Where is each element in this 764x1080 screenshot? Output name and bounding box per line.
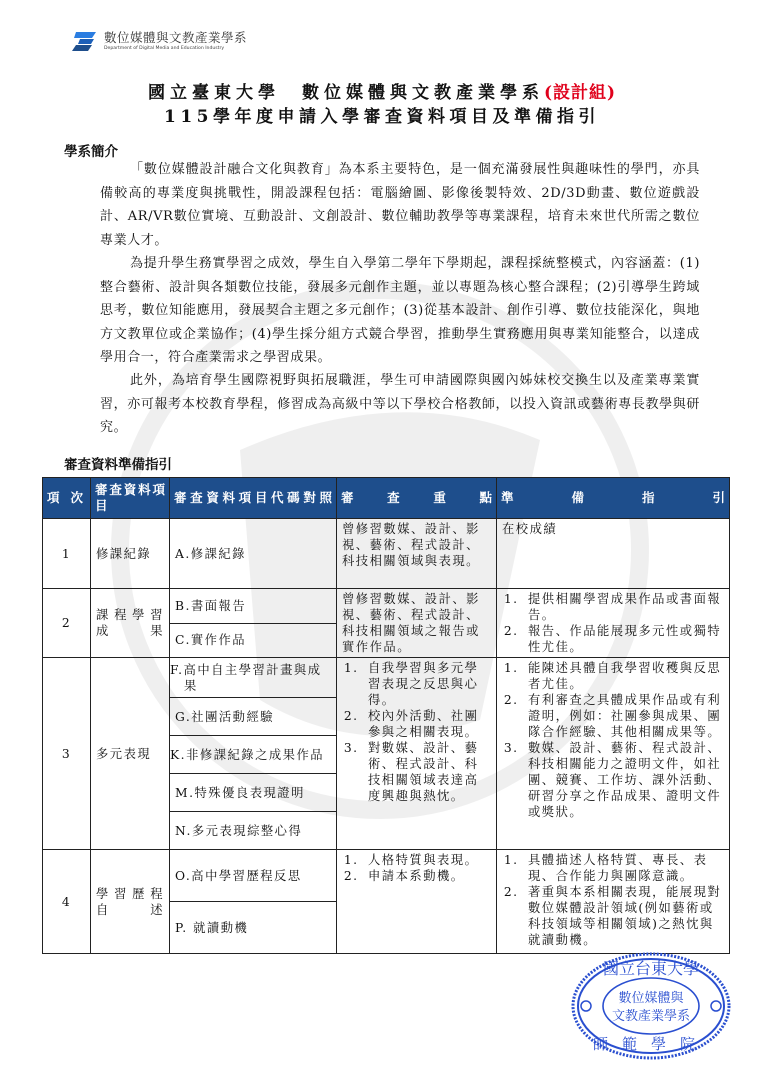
plum-blossom-icon <box>711 1001 721 1011</box>
title-main: 國立臺東大學 數位媒體與文教產業學系 <box>148 83 544 103</box>
document-title: 國立臺東大學 數位媒體與文教產業學系(設計組) <box>0 78 764 103</box>
logo-chinese-name: 數位媒體與文教產業學系 <box>104 31 247 45</box>
guide-list-item: 提供相關學習成果作品或書面報告。 <box>524 591 724 623</box>
row-code: C.實作作品 <box>170 623 337 658</box>
focus-list-item: 自我學習與多元學習表現之反思與心得。 <box>364 660 491 708</box>
row-code: M.特殊優良表現證明 <box>170 774 337 812</box>
title-design-group: (設計組) <box>544 83 616 103</box>
official-seal-stamp: 國立台東大學 數位媒體與 文教產業學系 師範學院 <box>570 950 732 1062</box>
section-heading-intro: 學系簡介 <box>64 140 118 160</box>
row-code: P. 就讀動機 <box>170 902 337 954</box>
row-item: 課程學習成果 <box>91 589 170 658</box>
col-header-focus: 審查重點 <box>337 478 497 519</box>
row-focus: 曾修習數媒、設計、影視、藝術、程式設計、科技相關領域與表現。 <box>337 519 497 589</box>
col-header-no: 項次 <box>43 478 91 519</box>
row-guide: 提供相關學習成果作品或書面報告。 報告、作品能展現多元性或獨特性尤佳。 <box>497 589 730 658</box>
row-no: 2 <box>43 589 91 658</box>
row-no: 1 <box>43 519 91 589</box>
row-item: 學習歷程自述 <box>91 850 170 954</box>
intro-paragraph-3: 此外，為培育學生國際視野與拓展職涯，學生可申請國際與國內姊妹校交換生以及產業專業… <box>100 369 700 440</box>
row-code: N.多元表現綜整心得 <box>170 812 337 850</box>
row-item: 多元表現 <box>91 658 170 850</box>
table-row: 2 課程學習成果 B.書面報告 曾修習數媒、設計、影視、藝術、程式設計、科技相關… <box>43 589 730 624</box>
col-header-codes: 審查資料項目代碼對照 <box>170 478 337 519</box>
plum-blossom-icon <box>581 1001 591 1011</box>
focus-list-item: 人格特質與表現。 <box>364 852 491 868</box>
table-row: 1 修課紀錄 A.修課紀錄 曾修習數媒、設計、影視、藝術、程式設計、科技相關領域… <box>43 519 730 589</box>
row-code: F.高中自主學習計畫與成果 <box>170 658 337 698</box>
row-item: 修課紀錄 <box>91 519 170 589</box>
row-code: G.社團活動經驗 <box>170 698 337 736</box>
row-guide: 具體描述人格特質、專長、表現、合作能力與團隊意識。 著重與本系相關表現，能展現對… <box>497 850 730 954</box>
table-row: 4 學習歷程自述 O.高中學習歷程反思 人格特質與表現。 申請本系動機。 具體描… <box>43 850 730 902</box>
guide-list-item: 著重與本系相關表現，能展現對數位媒體設計領域(例如藝術或科技領域等相關領域)之熱… <box>524 884 724 948</box>
row-code: K.非修課紀錄之成果作品 <box>170 736 337 774</box>
col-header-guide: 準備指引 <box>497 478 730 519</box>
row-focus: 人格特質與表現。 申請本系動機。 <box>337 850 497 954</box>
focus-list-item: 對數媒、設計、藝術、程式設計、科技相關領域表達高度興趣與熱忱。 <box>364 740 491 804</box>
review-guide-table: 項次 審查資料項目 審查資料項目代碼對照 審查重點 準備指引 1 修課紀錄 A.… <box>42 477 730 954</box>
row-code: O.高中學習歷程反思 <box>170 850 337 902</box>
intro-paragraph-2: 為提升學生務實學習之成效，學生自入學第二學年下學期起，課程採統整模式，內容涵蓋：… <box>100 252 700 370</box>
guide-list-item: 有利審查之具體成果作品或有利證明，例如：社團參與成果、團隊合作經驗、其他相關成果… <box>524 692 724 740</box>
guide-list-item: 數媒、設計、藝術、程式設計、科技相關能力之證明文件，如社團、競賽、工作坊、課外活… <box>524 740 724 820</box>
intro-paragraph-1: 「數位媒體設計融合文化與教育」為本系主要特色，是一個充滿發展性與趣味性的學門，亦… <box>100 158 700 252</box>
focus-list-item: 申請本系動機。 <box>364 868 491 884</box>
row-guide: 能陳述具體自我學習收穫與反思者尤佳。 有利審查之具體成果作品或有利證明，例如：社… <box>497 658 730 850</box>
department-logo: 數位媒體與文教產業學系 Department of Digital Media … <box>72 30 247 52</box>
col-header-item: 審查資料項目 <box>91 478 170 519</box>
row-code: B.書面報告 <box>170 589 337 624</box>
seal-center-line1: 數位媒體與 <box>618 990 684 1006</box>
seal-top-text: 國立台東大學 <box>603 959 699 978</box>
table-header-row: 項次 審查資料項目 審查資料項目代碼對照 審查重點 準備指引 <box>43 478 730 519</box>
row-no: 3 <box>43 658 91 850</box>
document-subtitle: 115學年度申請入學審查資料項目及準備指引 <box>0 102 764 127</box>
row-guide: 在校成績 <box>497 519 730 589</box>
guide-list-item: 具體描述人格特質、專長、表現、合作能力與團隊意識。 <box>524 852 724 884</box>
logo-english-name: Department of Digital Media and Educatio… <box>104 45 247 52</box>
guide-list-item: 能陳述具體自我學習收穫與反思者尤佳。 <box>524 660 724 692</box>
seal-bottom-text: 師範學院 <box>593 1035 709 1053</box>
row-no: 4 <box>43 850 91 954</box>
focus-list-item: 校內外活動、社團參與之相關表現。 <box>364 708 491 740</box>
logo-mark-icon <box>72 30 98 52</box>
row-focus: 自我學習與多元學習表現之反思與心得。 校內外活動、社團參與之相關表現。 對數媒、… <box>337 658 497 850</box>
guide-list-item: 報告、作品能展現多元性或獨特性尤佳。 <box>524 623 724 655</box>
row-focus: 曾修習數媒、設計、影視、藝術、程式設計、科技相關領域之報告或實作作品。 <box>337 589 497 658</box>
section-heading-guide: 審查資料準備指引 <box>64 453 172 473</box>
table-row: 3 多元表現 F.高中自主學習計畫與成果 自我學習與多元學習表現之反思與心得。 … <box>43 658 730 698</box>
row-code: A.修課紀錄 <box>170 519 337 589</box>
seal-center-line2: 文教產業學系 <box>612 1008 690 1024</box>
